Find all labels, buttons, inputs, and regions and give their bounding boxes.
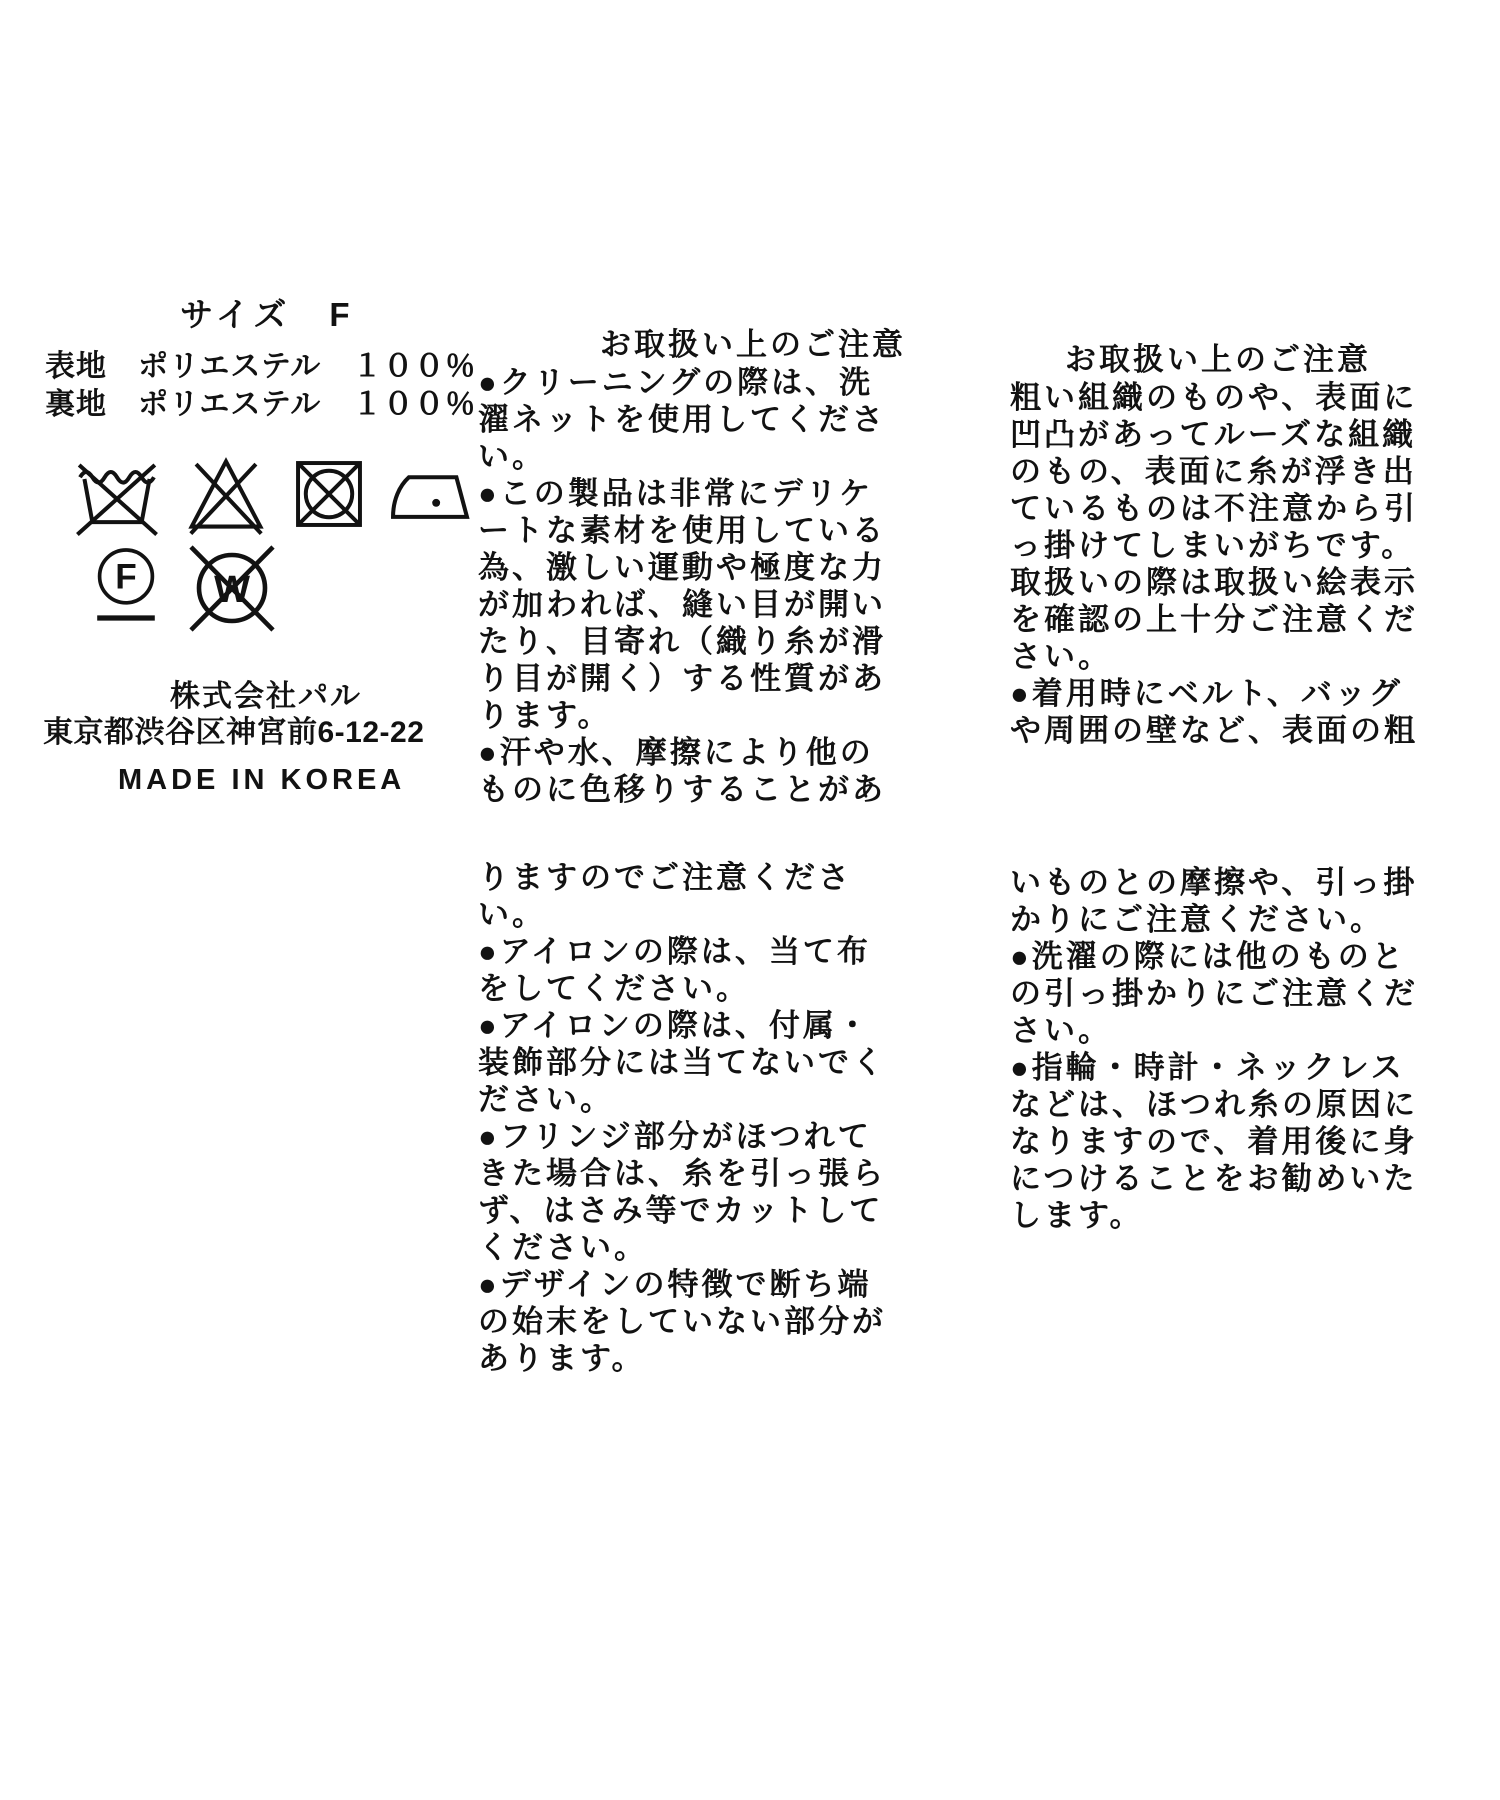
do-not-wet-clean-icon: W [182, 536, 282, 640]
iron-low-one-dot-icon [386, 450, 474, 540]
right-care-text-block-2: いものとの摩擦や、引っ掛 かりにご注意ください。 ●洗濯の際には他のものと の引… [1010, 864, 1440, 1234]
right-care-text-block-1: 粗い組織のものや、表面に 凹凸があってルーズな組織 のもの、表面に糸が浮き出 て… [1010, 379, 1440, 749]
material-line-lining: 裏地 ポリエステル １００％ [45, 386, 476, 423]
company-name: 株式会社パル [170, 678, 362, 715]
do-not-tumble-dry-icon [286, 450, 372, 540]
right-care-heading: お取扱い上のご注意 [1065, 341, 1371, 378]
do-not-bleach-icon [180, 450, 272, 540]
company-address: 東京都渋谷区神宮前6-12-22 [43, 714, 424, 751]
middle-care-text-block-1: ●クリーニングの際は、洗 濯ネットを使用してくださ い。 ●この製品は非常にデリ… [478, 364, 908, 808]
material-line-outer: 表地 ポリエステル １００％ [45, 348, 476, 385]
middle-care-text-block-2: りますのでご注意ください。 ●アイロンの際は、当て布 をしてください。 ●アイロ… [478, 859, 918, 1377]
country-of-origin: MADE IN KOREA [118, 762, 405, 799]
care-symbols-row-2: F W [86, 536, 306, 640]
do-not-wash-icon [68, 450, 166, 540]
size-line: サイズ F [180, 296, 355, 333]
dry-clean-F-gentle-icon: F [86, 536, 166, 640]
care-symbols-row-1 [68, 450, 468, 540]
middle-care-heading: お取扱い上のご注意 [600, 326, 906, 363]
care-label-page: サイズ F 表地 ポリエステル １００％ 裏地 ポリエステル １００％ [0, 0, 1500, 1800]
svg-text:F: F [115, 557, 137, 596]
